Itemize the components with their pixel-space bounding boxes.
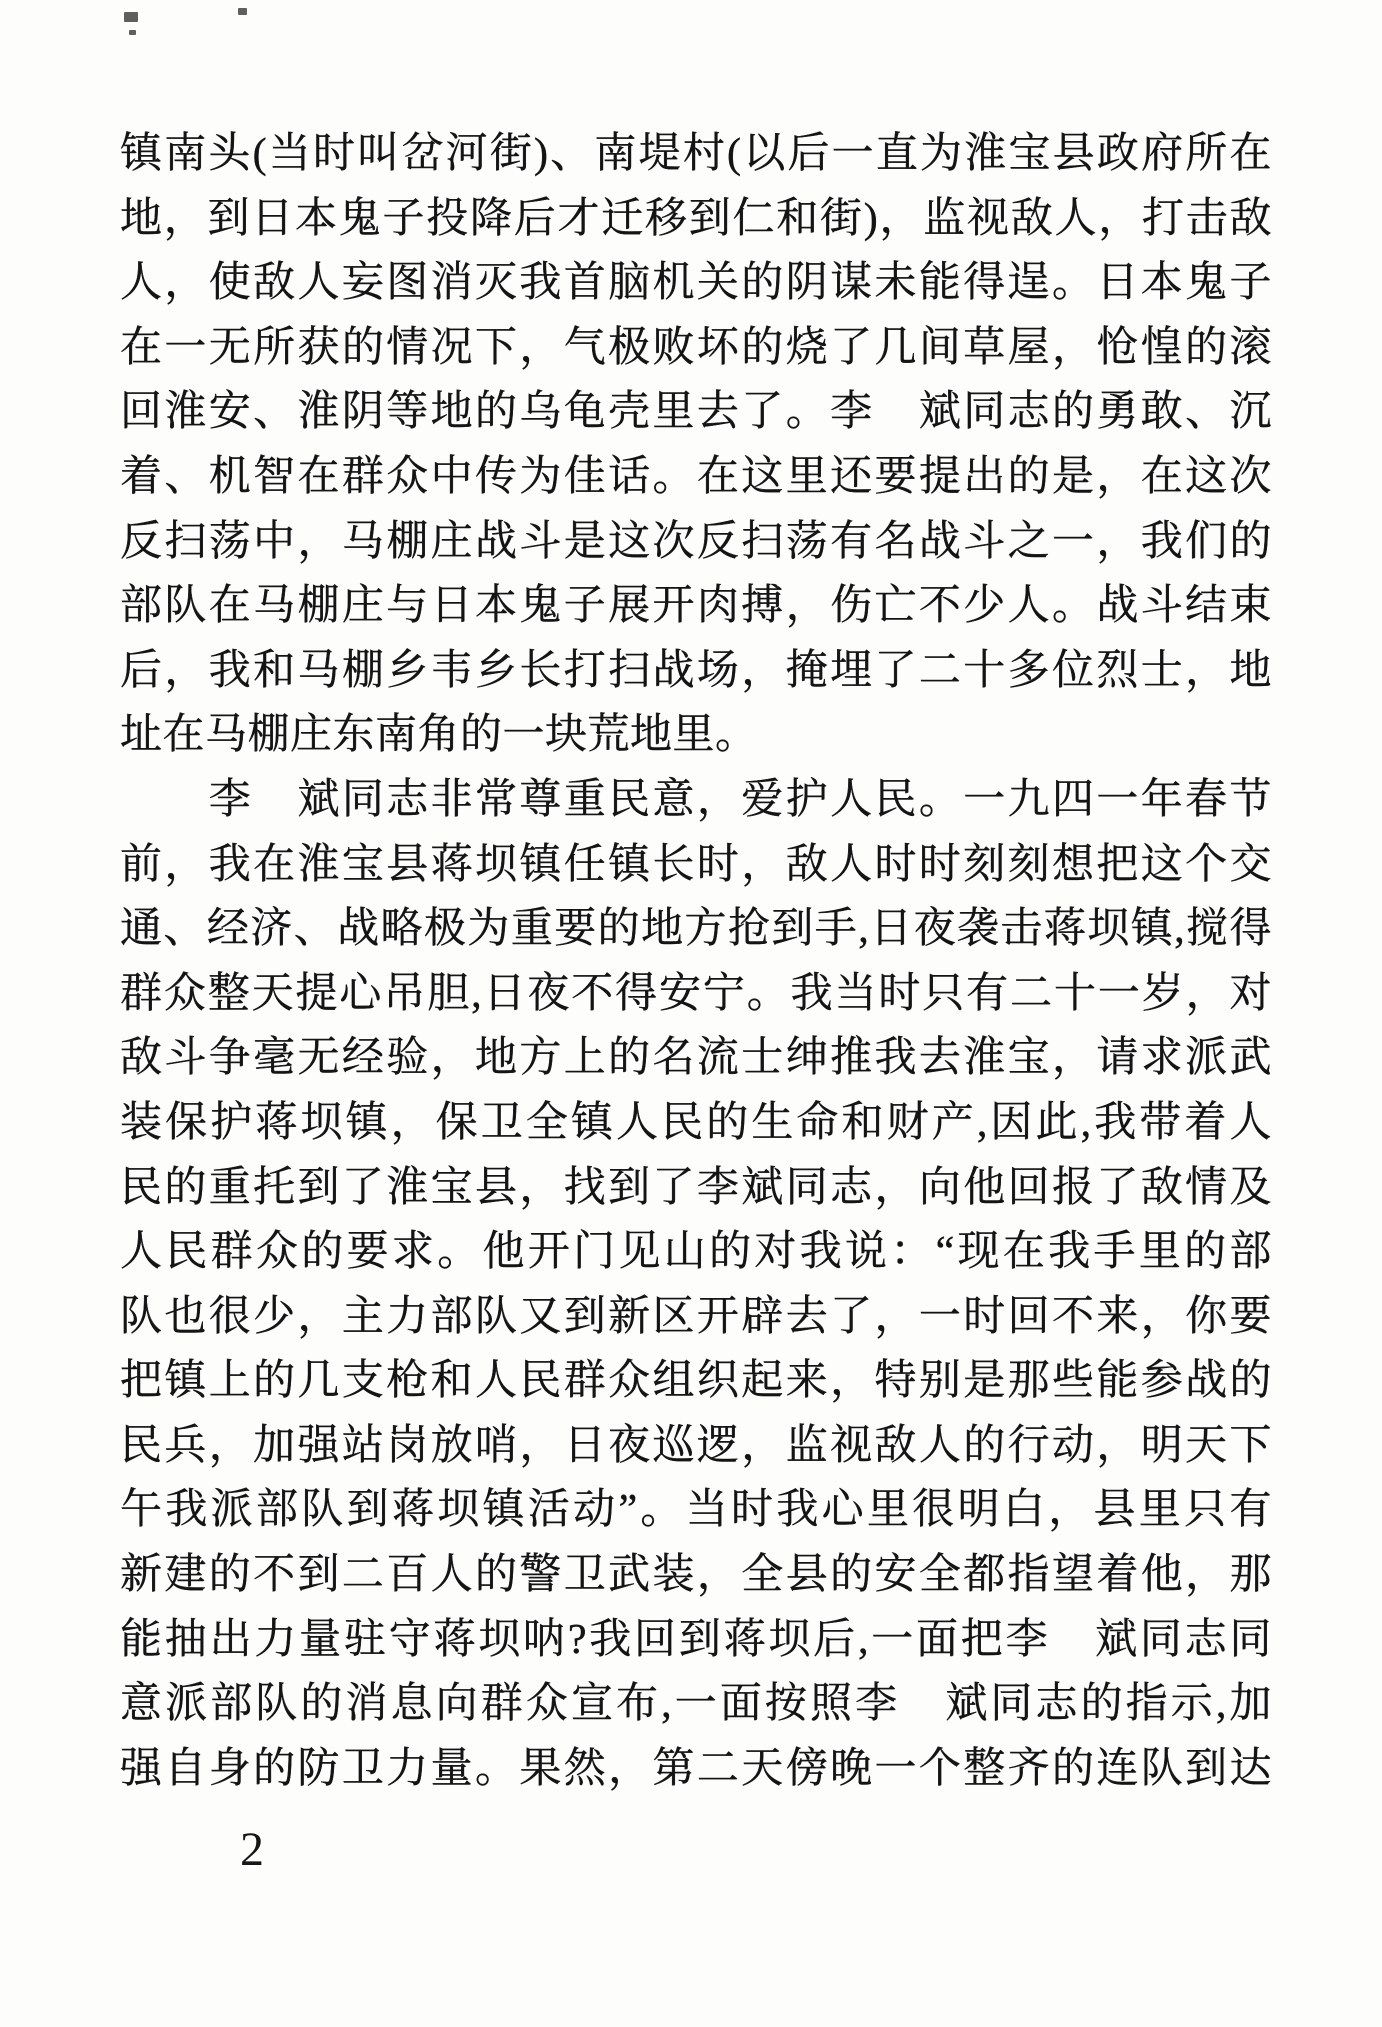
text-line: 能抽出力量驻守蒋坝呐?我回到蒋坝后,一面把李 斌同志同: [120, 1608, 1272, 1673]
page-number: 2: [240, 1822, 264, 1877]
text-line: 午我派部队到蒋坝镇活动”。当时我心里很明白，县里只有: [120, 1478, 1272, 1543]
text-line: 意派部队的消息向群众宣布,一面按照李 斌同志的指示,加: [120, 1672, 1272, 1737]
scanned-book-page: 镇南头(当时叫岔河街)、南堤村(以后一直为淮宝县政府所在 地，到日本鬼子投降后才…: [0, 0, 1382, 2027]
text-line: 群众整天提心吊胆,日夜不得安宁。我当时只有二十一岁，对: [120, 962, 1272, 1027]
text-line: 在一无所获的情况下，气极败坏的烧了几间草屋，怆惶的滚: [120, 316, 1272, 381]
text-line: 李 斌同志非常尊重民意，爱护人民。一九四一年春节: [120, 768, 1272, 833]
body-text: 镇南头(当时叫岔河街)、南堤村(以后一直为淮宝县政府所在 地，到日本鬼子投降后才…: [120, 122, 1272, 1801]
text-line: 前，我在淮宝县蒋坝镇任镇长时，敌人时时刻刻想把这个交: [120, 833, 1272, 898]
text-line: 部队在马棚庄与日本鬼子展开肉搏，伤亡不少人。战斗结束: [120, 574, 1272, 639]
scan-speck: [124, 12, 138, 22]
text-line: 通、经济、战略极为重要的地方抢到手,日夜袭击蒋坝镇,搅得: [120, 897, 1272, 962]
text-line: 址在马棚庄东南角的一块荒地里。: [120, 703, 1272, 768]
text-line: 人民群众的要求。他开门见山的对我说：“现在我手里的部: [120, 1220, 1272, 1285]
text-line: 把镇上的几支枪和人民群众组织起来，特别是那些能参战的: [120, 1349, 1272, 1414]
text-line: 反扫荡中，马棚庄战斗是这次反扫荡有名战斗之一，我们的: [120, 510, 1272, 575]
text-line: 强自身的防卫力量。果然，第二天傍晚一个整齐的连队到达: [120, 1737, 1272, 1802]
text-line: 民兵，加强站岗放哨，日夜巡逻，监视敌人的行动，明天下: [120, 1414, 1272, 1479]
text-line: 镇南头(当时叫岔河街)、南堤村(以后一直为淮宝县政府所在: [120, 122, 1272, 187]
scan-speck: [129, 30, 136, 35]
text-line: 新建的不到二百人的警卫武装，全县的安全都指望着他，那: [120, 1543, 1272, 1608]
text-line: 着、机智在群众中传为佳话。在这里还要提出的是，在这次: [120, 445, 1272, 510]
text-line: 装保护蒋坝镇，保卫全镇人民的生命和财产,因此,我带着人: [120, 1091, 1272, 1156]
text-line: 回淮安、淮阴等地的乌龟壳里去了。李 斌同志的勇敢、沉: [120, 380, 1272, 445]
text-line: 民的重托到了淮宝县，找到了李斌同志，向他回报了敌情及: [120, 1156, 1272, 1221]
text-line: 敌斗争毫无经验，地方上的名流士绅推我去淮宝，请求派武: [120, 1026, 1272, 1091]
text-line: 后，我和马棚乡韦乡长打扫战场，掩埋了二十多位烈士，地: [120, 639, 1272, 704]
scan-speck: [238, 8, 247, 15]
text-line: 人，使敌人妄图消灭我首脑机关的阴谋未能得逞。日本鬼子: [120, 251, 1272, 316]
text-line: 地，到日本鬼子投降后才迁移到仁和街)，监视敌人，打击敌: [120, 187, 1272, 252]
text-line: 队也很少，主力部队又到新区开辟去了，一时回不来，你要: [120, 1285, 1272, 1350]
